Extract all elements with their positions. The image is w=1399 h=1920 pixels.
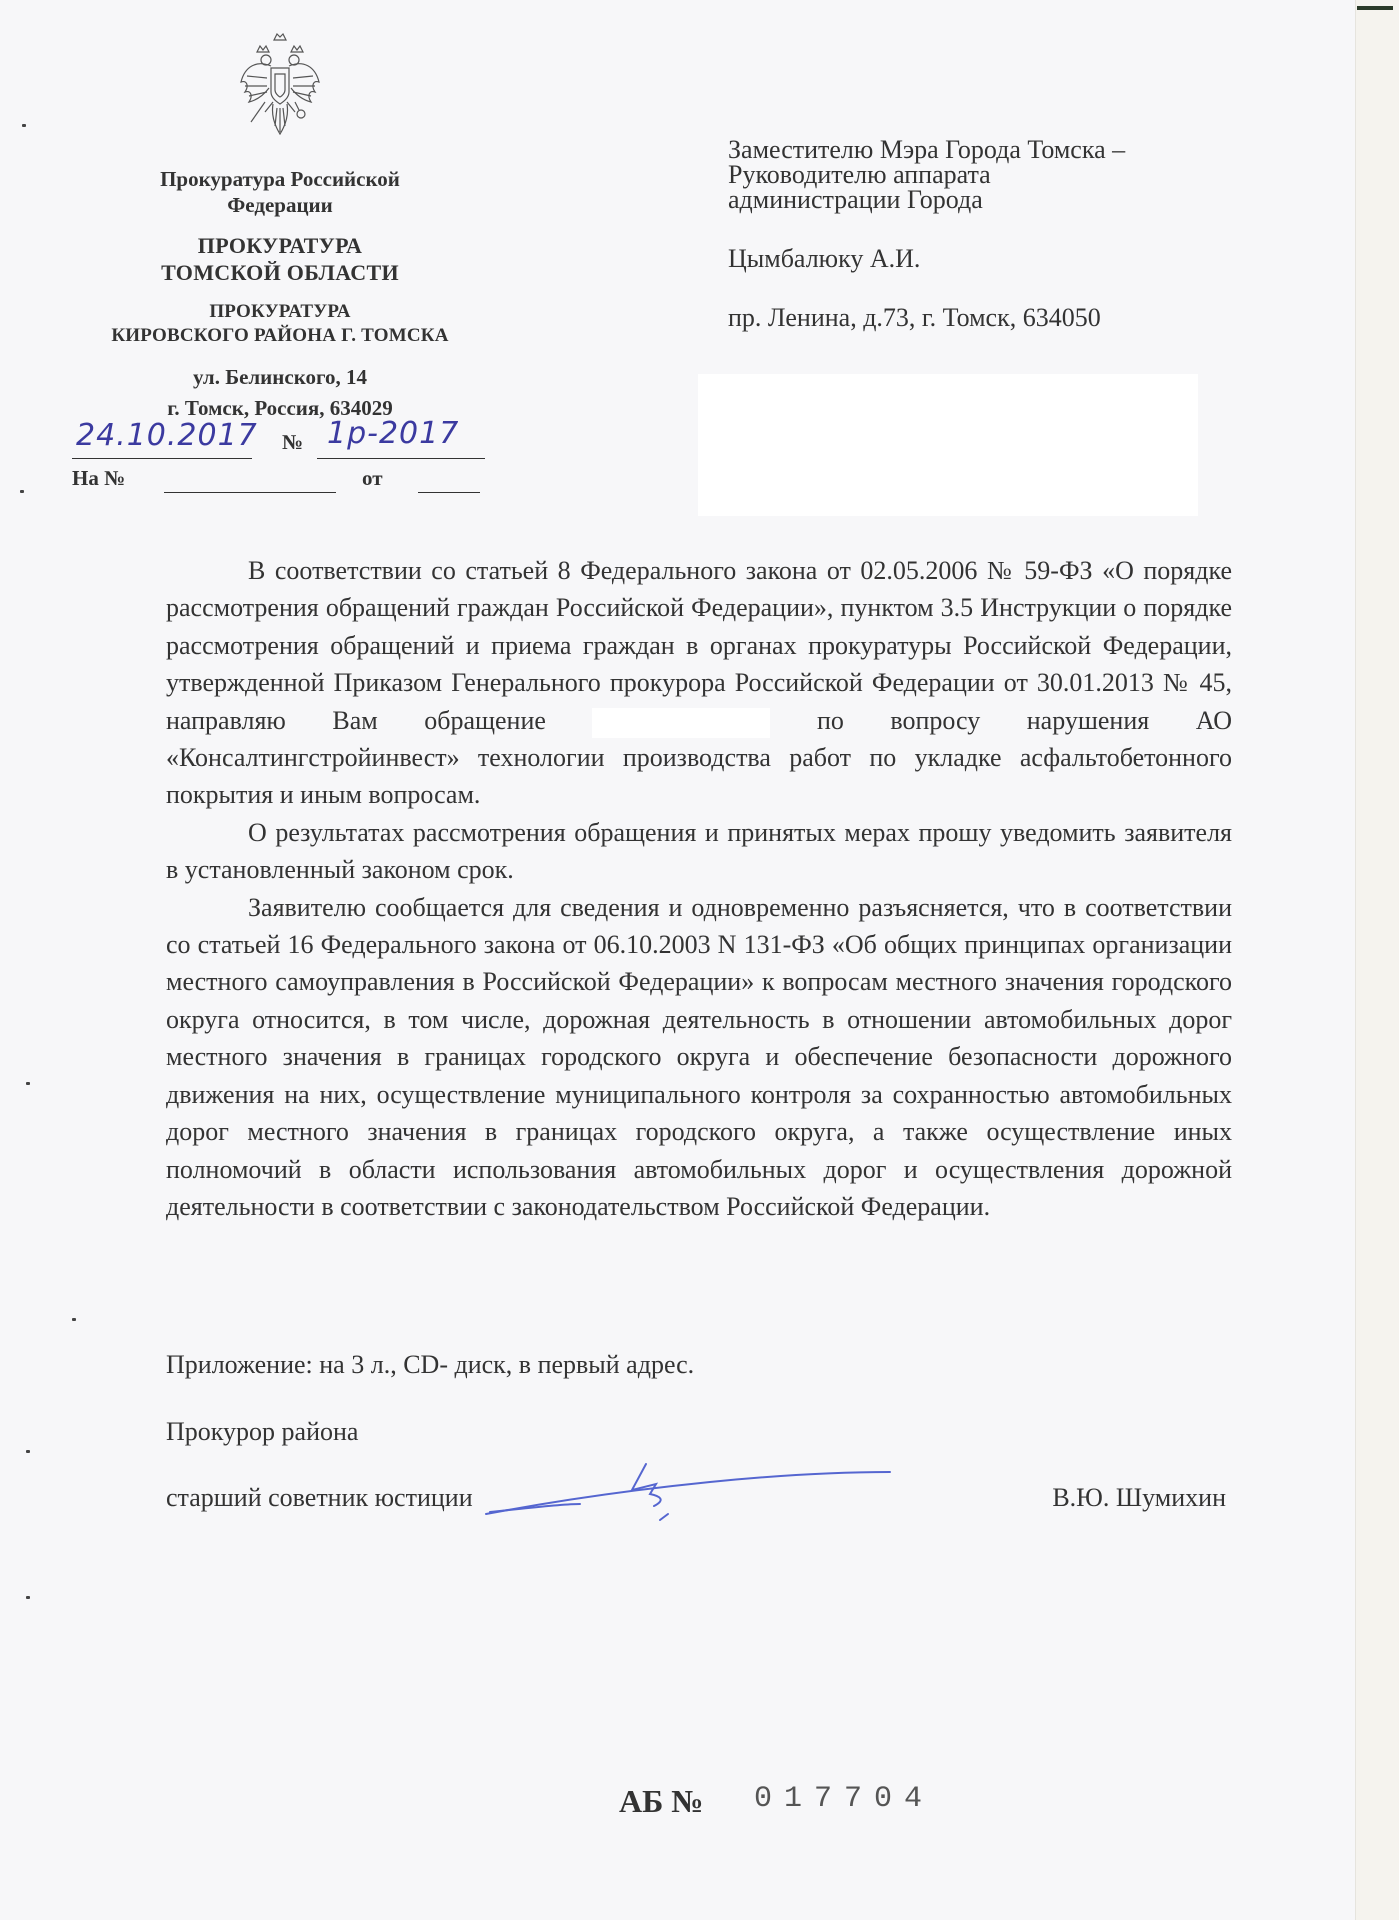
redaction-box — [698, 374, 1198, 516]
scan-speck — [22, 124, 26, 127]
signer-name: В.Ю. Шумихин — [1052, 1483, 1226, 1513]
scan-speck — [20, 490, 24, 493]
addressee-title-line3: администрации Города — [728, 187, 1288, 212]
date-underline — [72, 458, 252, 459]
handwritten-date: 24.10.2017 — [76, 418, 258, 453]
russian-coat-of-arms-icon — [237, 30, 323, 142]
signer-position: Прокурор района — [166, 1417, 358, 1447]
reply-date-underline — [418, 492, 480, 493]
letterhead: Прокуратура Российской Федерации ПРОКУРА… — [70, 30, 490, 424]
addressee-title-line2: Руководителю аппарата — [728, 162, 1288, 187]
addressee-title-line1: Заместителю Мэра Города Томска – — [728, 137, 1288, 162]
serial-series: АБ № — [619, 1783, 703, 1820]
scan-speck — [72, 1318, 76, 1321]
scan-speck — [26, 1082, 30, 1085]
sender-address-line1: ул. Белинского, 14 — [70, 362, 490, 393]
district-office-line1: ПРОКУРАТУРА — [70, 300, 490, 324]
number-label: № — [282, 430, 303, 455]
attachment-note: Приложение: на 3 л., CD- диск, в первый … — [166, 1350, 694, 1380]
addressee-block: Заместителю Мэра Города Томска – Руковод… — [728, 137, 1288, 330]
body-paragraph-2: О результатах рассмотрения обращения и п… — [166, 814, 1232, 889]
serial-number: 017704 — [754, 1782, 934, 1816]
region-office-line1: ПРОКУРАТУРА — [70, 232, 490, 259]
body-paragraph-1: В соответствии со статьей 8 Федерального… — [166, 552, 1232, 814]
org-name-line2: Федерации — [70, 192, 490, 218]
region-office-line2: ТОМСКОЙ ОБЛАСТИ — [70, 259, 490, 286]
org-name-line1: Прокуратура Российской — [70, 166, 490, 192]
letter-body: В соответствии со статьей 8 Федерального… — [166, 552, 1232, 1225]
scan-edge-mark — [1357, 6, 1393, 10]
scan-speck — [26, 1596, 30, 1599]
number-underline — [317, 458, 485, 459]
signer-rank: старший советник юстиции — [166, 1483, 473, 1513]
scan-page-edge — [1355, 0, 1399, 1920]
scan-speck — [26, 1450, 30, 1453]
handwritten-signature — [470, 1450, 910, 1530]
addressee-address: пр. Ленина, д.73, г. Томск, 634050 — [728, 305, 1288, 330]
reply-from-label: от — [362, 466, 383, 491]
body-paragraph-3: Заявителю сообщается для сведения и одно… — [166, 889, 1232, 1226]
handwritten-reg-number: 1р-2017 — [327, 416, 459, 451]
addressee-name: Цымбалюку А.И. — [728, 246, 1288, 271]
inline-redaction — [592, 708, 770, 738]
registration-fields: 24.10.2017 № 1р-2017 На № от — [72, 426, 492, 466]
reply-to-label: На № — [72, 466, 125, 491]
reply-number-underline — [164, 492, 336, 493]
district-office-line2: КИРОВСКОГО РАЙОНА Г. ТОМСКА — [70, 324, 490, 348]
